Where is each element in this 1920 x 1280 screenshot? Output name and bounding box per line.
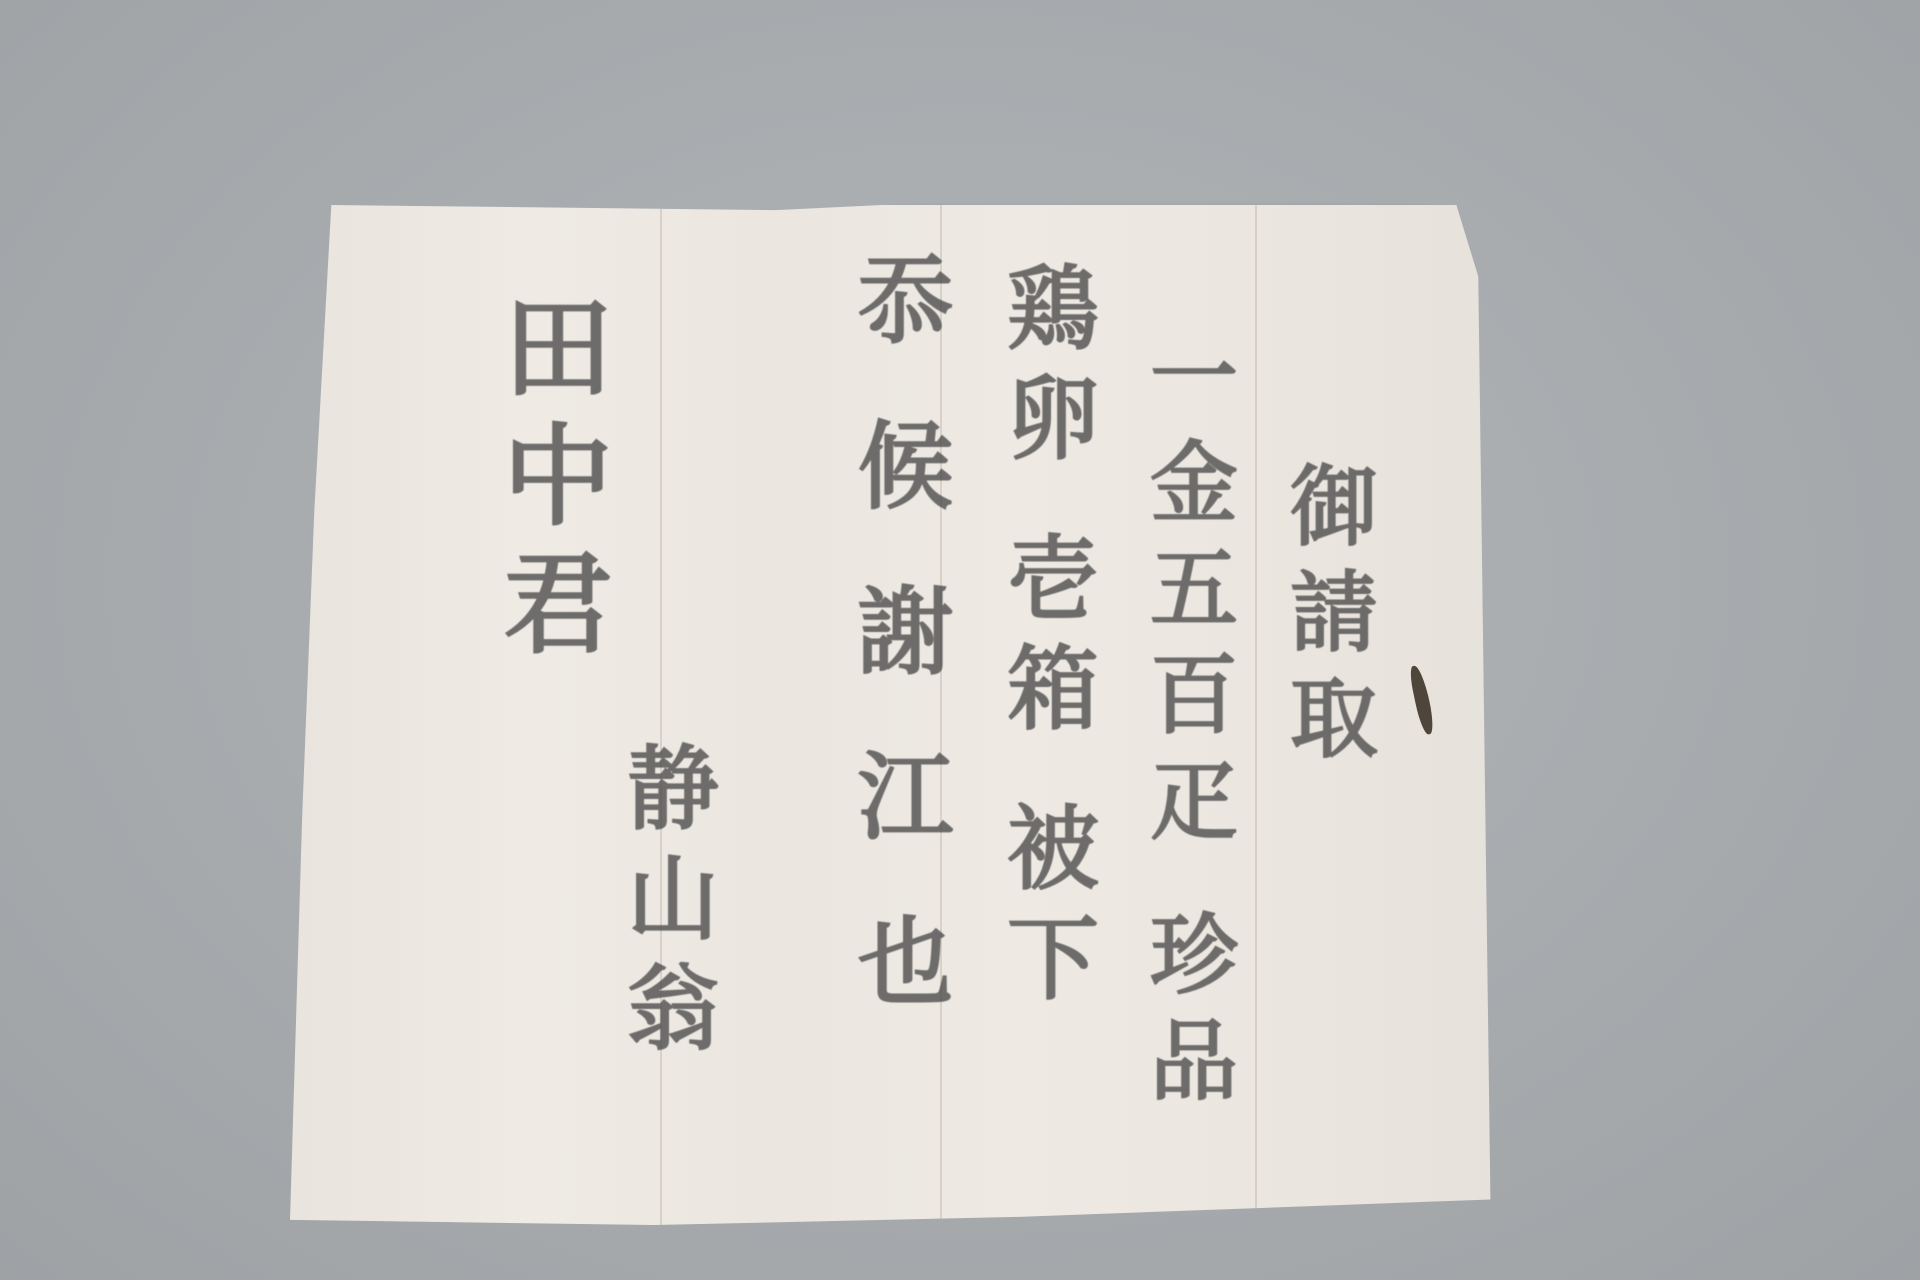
calligraphy-column: 一金五百疋 珍品 — [1125, 330, 1251, 1121]
signature: 静山翁 — [600, 740, 732, 1070]
calligraphy-column: 忝 候 謝 江 也 — [830, 250, 967, 1026]
calligraphy-column: 御請取 — [1265, 460, 1391, 778]
paper-fold — [1255, 205, 1257, 1225]
calligraphy-column: 鶏卵 壱箱 被下 — [980, 260, 1112, 1020]
addressee: 田中君 — [470, 290, 628, 674]
paper-fold — [660, 205, 662, 1225]
